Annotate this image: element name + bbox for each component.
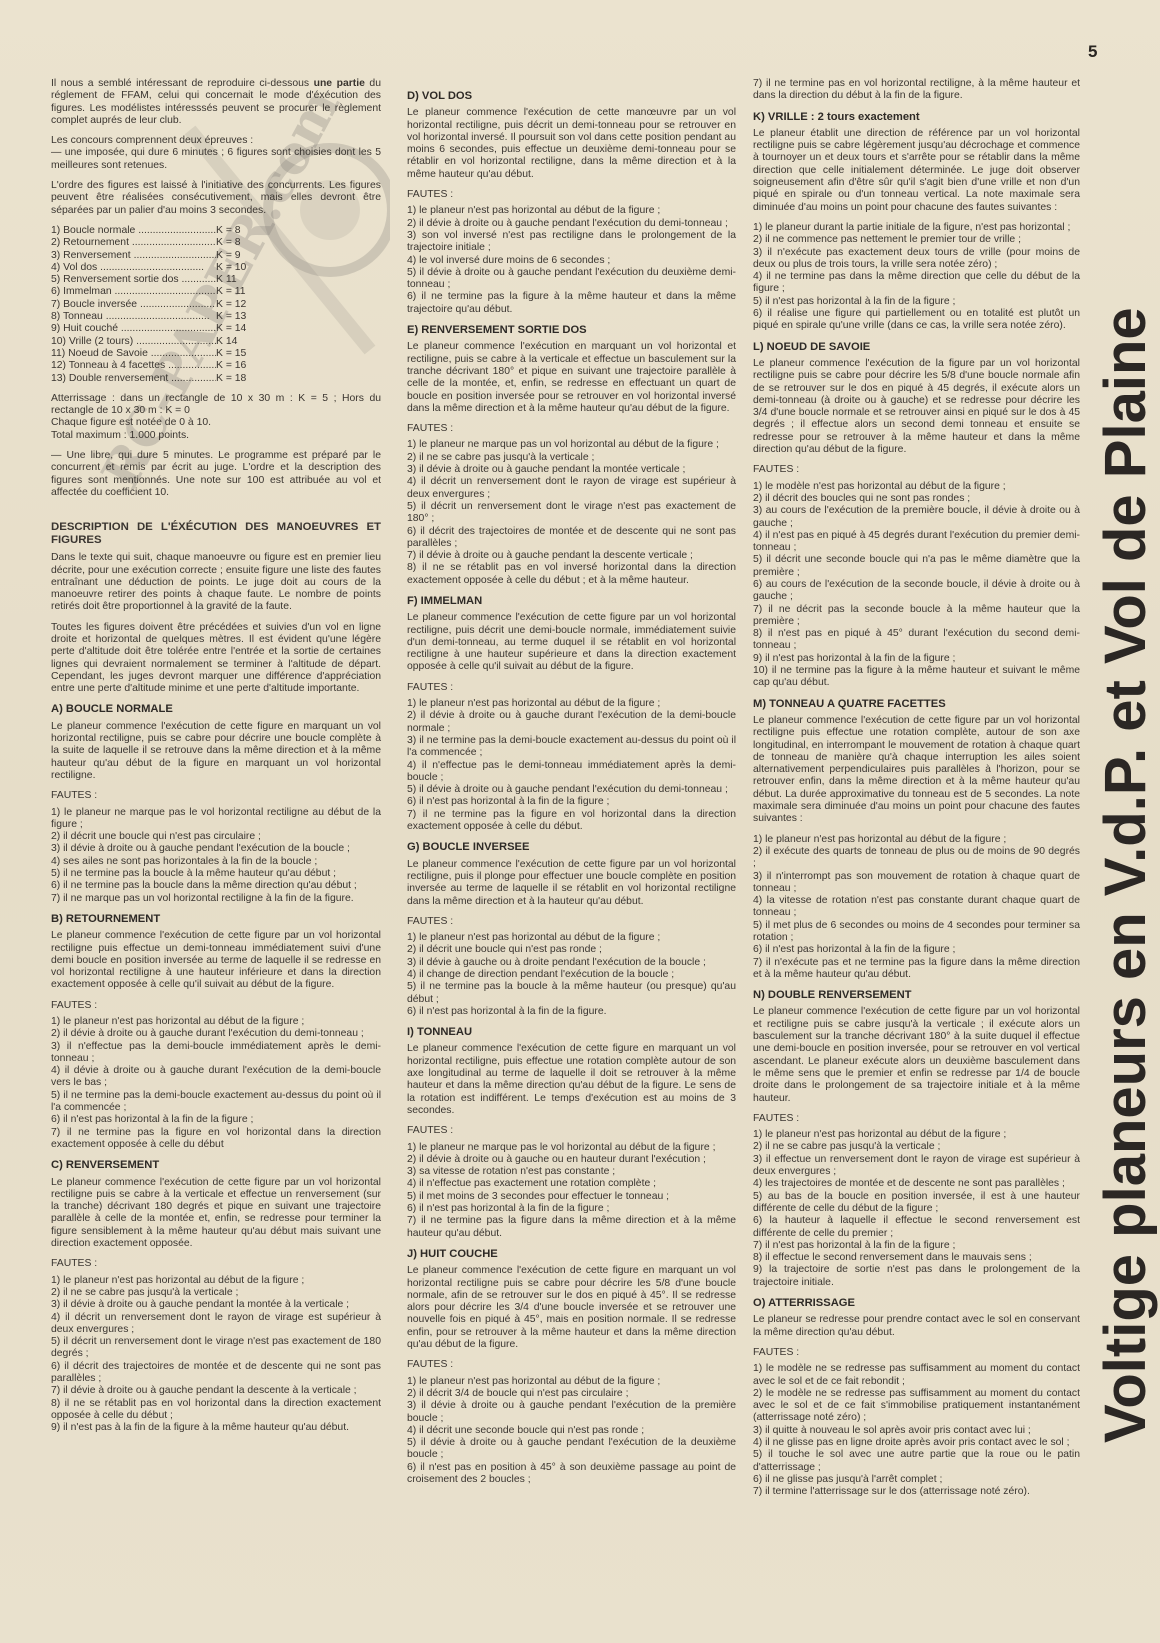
faults-list: 1) le planeur n'est pas horizontal au dé… [753, 834, 1080, 982]
section-heading: L) NOEUD DE SAVOIE [753, 341, 1080, 353]
coefficient-value: K = 14 [216, 323, 276, 335]
fault-item: 3) il dévie à droite ou à gauche pendant… [51, 843, 381, 855]
coefficient-value: K 14 [216, 336, 276, 348]
fault-item: 2) il dévie à droite ou à gauche durant … [407, 710, 736, 735]
figure-name: 13) Double renversement [51, 373, 216, 385]
fautes-label: FAUTES : [753, 1113, 1080, 1125]
section-description: Le planeur commence l'exécution de cette… [407, 1043, 736, 1117]
faults-list: 1) le modèle n'est pas horizontal au déb… [753, 481, 1080, 690]
fault-item: 9) la trajectoire de sortie n'est pas da… [753, 1264, 1080, 1289]
fault-item: 1) le planeur ne marque pas le vol horiz… [51, 807, 381, 832]
fault-item: 6) il n'est pas horizontal à la fin de l… [407, 1006, 736, 1018]
total-rule: Total maximum : 1.000 points. [51, 430, 381, 442]
fault-item: 3) il quitte à nouveau le sol après avoi… [753, 1425, 1080, 1437]
fautes-label: FAUTES : [407, 1125, 736, 1137]
section-description: Le planeur commence l'exécution de la fi… [753, 358, 1080, 456]
faults-list: 1) le planeur ne marque pas un vol horiz… [407, 439, 736, 587]
section-description: Le planeur commence l'exécution de cette… [407, 1265, 736, 1351]
fautes-label: FAUTES : [407, 916, 736, 928]
section-heading: J) HUIT COUCHE [407, 1248, 736, 1260]
figure-section: N) DOUBLE RENVERSEMENTLe planeur commenc… [753, 989, 1080, 1289]
fault-item: 5) il décrit un renversement dont le vir… [407, 501, 736, 526]
coefficient-row: 2) RetournementK = 8 [51, 237, 381, 249]
figure-name: 11) Noeud de Savoie [51, 348, 216, 360]
fault-item: 3) il dévie à droite ou à gauche pendant… [407, 464, 736, 476]
faults-list: 1) le planeur durant la partie initiale … [753, 222, 1080, 333]
fault-item: 8) il ne se rétablit pas en vol horizont… [51, 1398, 381, 1423]
fault-item: 1) le planeur n'est pas horizontal au dé… [51, 1016, 381, 1028]
coefficient-value: K = 8 [216, 237, 276, 249]
fault-item: 2) il dévie à droite ou à gauche durant … [51, 1028, 381, 1040]
faults-list: 1) le planeur ne marque pas le vol horiz… [51, 807, 381, 905]
faults-list: 1) le planeur n'est pas horizontal au dé… [407, 932, 736, 1018]
coefficient-value: K = 18 [216, 373, 276, 385]
fault-item: 6) il ne termine pas la boucle dans la m… [51, 880, 381, 892]
description-heading: DESCRIPTION DE L'ÉXÉCUTION DES MANOEUVRE… [51, 521, 381, 547]
section-heading: A) BOUCLE NORMALE [51, 703, 381, 715]
fault-item: 7) il n'est pas horizontal à la fin de l… [753, 1240, 1080, 1252]
fautes-label: FAUTES : [51, 1258, 381, 1270]
intro-imposee: — une imposée, qui dure 6 minutes ; 6 fi… [51, 147, 381, 172]
fault-item: 7) il dévie à droite ou à gauche pendant… [51, 1385, 381, 1397]
coefficient-row: 8) TonneauK = 13 [51, 311, 381, 323]
section-description: Le planeur commence l'exécution de cette… [407, 859, 736, 908]
fault-item: 4) il n'effectue pas le demi-tonneau imm… [407, 760, 736, 785]
figure-section: I) TONNEAULe planeur commence l'exécutio… [407, 1026, 736, 1240]
page-number: 5 [1088, 42, 1097, 62]
section-description: Le planeur commence l'exécution en marqu… [407, 341, 736, 415]
fautes-label: FAUTES : [407, 423, 736, 435]
column-3: 7) il ne termine pas en vol horizontal r… [753, 78, 1080, 1498]
figure-section: K) VRILLE : 2 tours exactementLe planeur… [753, 111, 1080, 333]
intro-paragraph: Il nous a semblé intéressant de reprodui… [51, 78, 381, 127]
fault-item: 6) il n'est pas horizontal à la fin de l… [407, 796, 736, 808]
fault-item: 4) il ne termine pas dans la même direct… [753, 271, 1080, 296]
fault-item: 3) il dévie à gauche ou à droite pendant… [407, 957, 736, 969]
fault-item: 1) le planeur n'est pas horizontal au dé… [753, 1129, 1080, 1141]
faults-list: 1) le planeur n'est pas horizontal au dé… [753, 1129, 1080, 1289]
fault-item: 7) il ne termine pas la figure dans la m… [407, 1215, 736, 1240]
fault-item: 4) les trajectoires de montée et de desc… [753, 1178, 1080, 1190]
faults-list: 1) le planeur ne marque pas le vol horiz… [407, 1142, 736, 1240]
fault-item: 7) il ne termine pas la figure en vol ho… [51, 1127, 381, 1152]
coefficient-row: 4) Vol dosK = 10 [51, 262, 381, 274]
section-heading: D) VOL DOS [407, 90, 736, 102]
fault-item: 2) le modèle ne se redresse pas suffisam… [753, 1388, 1080, 1425]
fault-item: 2) il décrit des boucles qui ne sont pas… [753, 493, 1080, 505]
figure-section: E) RENVERSEMENT SORTIE DOSLe planeur com… [407, 324, 736, 587]
fault-item: 4) la vitesse de rotation n'est pas cons… [753, 895, 1080, 920]
fault-item: 2) il décrit une boucle qui n'est pas ci… [51, 831, 381, 843]
fault-item: 1) le planeur ne marque pas un vol horiz… [407, 439, 736, 451]
fautes-label: FAUTES : [753, 464, 1080, 476]
figure-section: 7) il ne termine pas en vol horizontal r… [753, 78, 1080, 103]
fault-item: 5) il dévie à droite ou à gauche pendant… [407, 1437, 736, 1462]
fautes-label: FAUTES : [753, 1347, 1080, 1359]
coefficient-value: K = 10 [216, 262, 276, 274]
fault-item: 8) il effectue le second renversement da… [753, 1252, 1080, 1264]
faults-list: 7) il ne termine pas en vol horizontal r… [753, 78, 1080, 103]
section-description: Le planeur commence l'exécution de cette… [407, 612, 736, 673]
fault-item: 5) il décrit une seconde boucle qui n'a … [753, 554, 1080, 579]
section-description: Le planeur commence l'exécution de cette… [407, 107, 736, 181]
fault-item: 6) il n'est pas horizontal à la fin de l… [753, 944, 1080, 956]
coefficient-row: 10) Vrille (2 tours)K 14 [51, 336, 381, 348]
fault-item: 6) il réalise une figure qui partielleme… [753, 308, 1080, 333]
magazine-page: 5 RC-PAPER.com Il nous a semblé intéress… [0, 0, 1160, 1643]
figure-section: A) BOUCLE NORMALELe planeur commence l'e… [51, 703, 381, 904]
fault-item: 4) le vol inversé dure moins de 6 second… [407, 255, 736, 267]
fault-item: 10) il ne termine pas la figure à la mêm… [753, 665, 1080, 690]
fautes-label: FAUTES : [407, 682, 736, 694]
fault-item: 1) le planeur n'est pas horizontal au dé… [407, 698, 736, 710]
coefficient-row: 12) Tonneau à 4 facettesK = 16 [51, 360, 381, 372]
faults-list: 1) le modèle ne se redresse pas suffisam… [753, 1363, 1080, 1498]
fault-item: 4) il décrit une seconde boucle qui n'es… [407, 1425, 736, 1437]
fault-item: 7) il n'exécute pas et ne termine pas la… [753, 957, 1080, 982]
fault-item: 5) il ne termine pas la boucle à la même… [407, 981, 736, 1006]
figure-name: 7) Boucle inversée [51, 299, 216, 311]
figure-name: 6) Immelman [51, 286, 216, 298]
coefficient-row: 6) ImmelmanK = 11 [51, 286, 381, 298]
coefficient-row: 7) Boucle inverséeK = 12 [51, 299, 381, 311]
coefficient-row: 3) RenversementK = 9 [51, 250, 381, 262]
figure-section: B) RETOURNEMENTLe planeur commence l'exé… [51, 913, 381, 1151]
fault-item: 6) il n'est pas horizontal à la fin de l… [51, 1114, 381, 1126]
section-description: Le planeur commence l'exécution de cette… [51, 1177, 381, 1251]
fault-item: 4) ses ailes ne sont pas horizontales à … [51, 856, 381, 868]
coefficient-list: 1) Boucle normaleK = 82) RetournementK =… [51, 225, 381, 385]
coefficient-row: 5) Renversement sortie dosK 11 [51, 274, 381, 286]
section-heading: C) RENVERSEMENT [51, 1159, 381, 1171]
fault-item: 1) le planeur n'est pas horizontal au dé… [51, 1275, 381, 1287]
fault-item: 6) il décrit des trajectoires de montée … [51, 1361, 381, 1386]
section-heading: N) DOUBLE RENVERSEMENT [753, 989, 1080, 1001]
fautes-label: FAUTES : [407, 189, 736, 201]
figure-name: 10) Vrille (2 tours) [51, 336, 216, 348]
fault-item: 7) il ne termine pas la figure en vol ho… [407, 809, 736, 834]
fault-item: 3) il ne termine pas la demi-boucle exac… [407, 735, 736, 760]
fault-item: 4) il décrit un renversement dont le ray… [51, 1312, 381, 1337]
fault-item: 5) il touche le sol avec une autre parti… [753, 1449, 1080, 1474]
fault-item: 3) sa vitesse de rotation n'est pas cons… [407, 1166, 736, 1178]
fault-item: 5) il met moins de 3 secondes pour effec… [407, 1191, 736, 1203]
figure-name: 8) Tonneau [51, 311, 216, 323]
section-heading: G) BOUCLE INVERSEE [407, 841, 736, 853]
fault-item: 7) il dévie à droite ou à gauche pendant… [407, 550, 736, 562]
fault-item: 2) il ne se cabre pas jusqu'à la vertica… [51, 1287, 381, 1299]
fault-item: 7) il ne marque pas un vol horizontal re… [51, 893, 381, 905]
fault-item: 4) il change de direction pendant l'exéc… [407, 969, 736, 981]
fautes-label: FAUTES : [51, 1000, 381, 1012]
fault-item: 5) il n'est pas horizontal à la fin de l… [753, 296, 1080, 308]
coefficient-row: 1) Boucle normaleK = 8 [51, 225, 381, 237]
fault-item: 2) il décrit 3/4 de boucle qui n'est pas… [407, 1388, 736, 1400]
column-2: D) VOL DOSLe planeur commence l'exécutio… [407, 82, 736, 1486]
fault-item: 3) son vol inversé n'est pas rectiligne … [407, 230, 736, 255]
figure-name: 3) Renversement [51, 250, 216, 262]
figure-section: J) HUIT COUCHELe planeur commence l'exéc… [407, 1248, 736, 1486]
fautes-label: FAUTES : [51, 790, 381, 802]
figure-section: O) ATTERRISSAGELe planeur se redresse po… [753, 1297, 1080, 1498]
section-heading: K) VRILLE : 2 tours exactement [753, 111, 1080, 123]
fault-item: 5) il ne termine pas la boucle à la même… [51, 868, 381, 880]
section-description: Le planeur commence l'exécution de cette… [51, 721, 381, 782]
fault-item: 3) au cours de l'exécution de la premièr… [753, 505, 1080, 530]
figure-name: 9) Huit couché [51, 323, 216, 335]
section-heading: O) ATTERRISSAGE [753, 1297, 1080, 1309]
section-description: Le planeur commence l'exécution de cette… [753, 715, 1080, 826]
figure-section: L) NOEUD DE SAVOIELe planeur commence l'… [753, 341, 1080, 690]
fault-item: 2) il ne se cabre pas jusqu'à la vertica… [407, 452, 736, 464]
score-rule: Chaque figure est notée de 0 à 10. [51, 417, 381, 429]
coefficient-value: K = 13 [216, 311, 276, 323]
fault-item: 2) il exécute des quarts de tonneau de p… [753, 846, 1080, 871]
fault-item: 5) au bas de la boucle en position inver… [753, 1191, 1080, 1216]
fault-item: 8) il ne se rétablit pas en vol inversé … [407, 562, 736, 587]
section-heading: E) RENVERSEMENT SORTIE DOS [407, 324, 736, 336]
figure-name: 12) Tonneau à 4 facettes [51, 360, 216, 372]
faults-list: 1) le planeur n'est pas horizontal au dé… [407, 698, 736, 833]
fault-item: 4) il n'effectue pas exactement une rota… [407, 1178, 736, 1190]
coefficient-value: K = 12 [216, 299, 276, 311]
fault-item: 2) il dévie à droite ou à gauche pendant… [407, 218, 736, 230]
fault-item: 9) il n'est pas à la fin de la figure à … [51, 1422, 381, 1434]
coefficient-value: K = 16 [216, 360, 276, 372]
section-heading: I) TONNEAU [407, 1026, 736, 1038]
faults-list: 1) le planeur n'est pas horizontal au dé… [51, 1016, 381, 1151]
fault-item: 4) il n'est pas en piqué à 45 degrés dur… [753, 530, 1080, 555]
fault-item: 9) il n'est pas horizontal à la fin de l… [753, 653, 1080, 665]
landing-rule: Atterrissage : dans un rectangle de 10 x… [51, 393, 381, 418]
fault-item: 6) au cours de l'exécution de la seconde… [753, 579, 1080, 604]
description-paragraph-2: Toutes les figures doivent être précédée… [51, 622, 381, 696]
figure-name: 4) Vol dos [51, 262, 216, 274]
fault-item: 2) il ne se cabre pas jusqu'à la vertica… [753, 1141, 1080, 1153]
fault-item: 1) le modèle ne se redresse pas suffisam… [753, 1363, 1080, 1388]
fault-item: 2) il ne commence pas nettement le premi… [753, 234, 1080, 246]
coefficient-value: K = 8 [216, 225, 276, 237]
figure-name: 5) Renversement sortie dos [51, 274, 216, 286]
fault-item: 6) il ne termine pas la figure à la même… [407, 291, 736, 316]
section-description: Le planeur commence l'exécution de cette… [51, 930, 381, 991]
coefficient-row: 9) Huit couchéK = 14 [51, 323, 381, 335]
fault-item: 6) il décrit des trajectoires de montée … [407, 526, 736, 551]
figure-section: C) RENVERSEMENTLe planeur commence l'exé… [51, 1159, 381, 1434]
fautes-label: FAUTES : [407, 1359, 736, 1371]
fault-item: 7) il termine l'atterrissage sur le dos … [753, 1486, 1080, 1498]
figure-section: D) VOL DOSLe planeur commence l'exécutio… [407, 90, 736, 316]
section-description: Le planeur établit une direction de réfé… [753, 128, 1080, 214]
fault-item: 5) il met plus de 6 secondes ou moins de… [753, 920, 1080, 945]
fault-item: 3) il n'interrompt pas son mouvement de … [753, 871, 1080, 896]
fault-item: 3) il effectue un renversement dont le r… [753, 1154, 1080, 1179]
fault-item: 1) le planeur n'est pas horizontal au dé… [753, 834, 1080, 846]
fault-item: 1) le planeur n'est pas horizontal au dé… [407, 205, 736, 217]
figure-name: 1) Boucle normale [51, 225, 216, 237]
coefficient-row: 13) Double renversementK = 18 [51, 373, 381, 385]
column-1: Il nous a semblé intéressant de reprodui… [51, 78, 381, 1435]
fault-item: 6) il n'est pas en position à 45° à son … [407, 1462, 736, 1487]
coefficient-row: 11) Noeud de SavoieK = 15 [51, 348, 381, 360]
fault-item: 7) il ne termine pas en vol horizontal r… [753, 78, 1080, 103]
fault-item: 5) il dévie à droite ou à gauche pendant… [407, 784, 736, 796]
coefficient-value: K = 9 [216, 250, 276, 262]
section-heading: F) IMMELMAN [407, 595, 736, 607]
fault-item: 3) il dévie à droite ou à gauche pendant… [407, 1400, 736, 1425]
fault-item: 1) le planeur n'est pas horizontal au dé… [407, 932, 736, 944]
figure-section: M) TONNEAU A QUATRE FACETTESLe planeur c… [753, 698, 1080, 982]
fault-item: 2) il décrit une boucle qui n'est pas ro… [407, 944, 736, 956]
libre-paragraph: — Une libre, qui dure 5 minutes. Le prog… [51, 450, 381, 499]
faults-list: 1) le planeur n'est pas horizontal au dé… [51, 1275, 381, 1435]
faults-list: 1) le planeur n'est pas horizontal au dé… [407, 1376, 736, 1487]
fault-item: 1) le planeur ne marque pas le vol horiz… [407, 1142, 736, 1154]
fault-item: 8) il n'est pas en piqué à 45° durant l'… [753, 628, 1080, 653]
coefficient-value: K = 15 [216, 348, 276, 360]
fault-item: 6) la hauteur à laquelle il effectue le … [753, 1215, 1080, 1240]
intro-ordre: L'ordre des figures est laissé à l'initi… [51, 180, 381, 217]
fault-item: 4) il dévie à droite ou à gauche durant … [51, 1065, 381, 1090]
section-heading: B) RETOURNEMENT [51, 913, 381, 925]
figure-name: 2) Retournement [51, 237, 216, 249]
fault-item: 6) il ne glisse pas jusqu'à l'arrêt comp… [753, 1474, 1080, 1486]
section-description: Le planeur commence l'exécution de cette… [753, 1006, 1080, 1104]
fault-item: 1) le modèle n'est pas horizontal au déb… [753, 481, 1080, 493]
fault-item: 5) il dévie à droite ou à gauche pendant… [407, 267, 736, 292]
fault-item: 3) il n'effectue pas la demi-boucle immé… [51, 1041, 381, 1066]
figure-section: G) BOUCLE INVERSEELe planeur commence l'… [407, 841, 736, 1018]
fault-item: 1) le planeur n'est pas horizontal au dé… [407, 1376, 736, 1388]
vertical-title: Voltige planeurs en V.d.P. et Vol de Pla… [1092, 307, 1159, 1443]
fault-item: 1) le planeur durant la partie initiale … [753, 222, 1080, 234]
section-description: Le planeur se redresse pour prendre cont… [753, 1314, 1080, 1339]
fault-item: 3) il n'exécute pas exactement deux tour… [753, 247, 1080, 272]
fault-item: 6) il n'est pas horizontal à la fin de l… [407, 1203, 736, 1215]
fault-item: 7) il ne décrit pas la seconde boucle à … [753, 604, 1080, 629]
fault-item: 4) il ne glisse pas en ligne droite aprè… [753, 1437, 1080, 1449]
coefficient-value: K = 11 [216, 286, 276, 298]
fault-item: 4) il décrit un renversement dont le ray… [407, 476, 736, 501]
fault-item: 5) il décrit un renversement dont le vir… [51, 1336, 381, 1361]
fault-item: 5) il ne termine pas la demi-boucle exac… [51, 1090, 381, 1115]
description-paragraph-1: Dans le texte qui suit, chaque manoeuvre… [51, 552, 381, 613]
section-heading: M) TONNEAU A QUATRE FACETTES [753, 698, 1080, 710]
fault-item: 2) il dévie à droite ou à gauche ou en h… [407, 1154, 736, 1166]
figure-section: F) IMMELMANLe planeur commence l'exécuti… [407, 595, 736, 833]
faults-list: 1) le planeur n'est pas horizontal au dé… [407, 205, 736, 316]
intro-epreuves: Les concours comprennent deux épreuves : [51, 135, 381, 147]
fault-item: 3) il dévie à droite ou à gauche pendant… [51, 1299, 381, 1311]
coefficient-value: K 11 [216, 274, 276, 286]
